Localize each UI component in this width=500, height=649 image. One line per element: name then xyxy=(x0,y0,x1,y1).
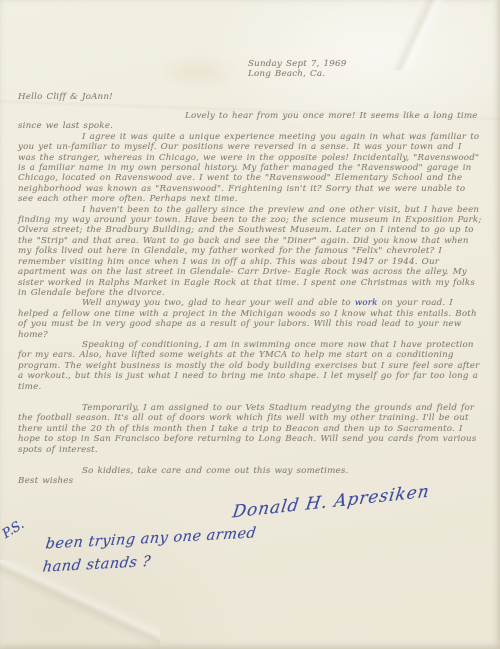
greeting: Hello Cliff & JoAnn! xyxy=(18,92,113,102)
letter-paragraph: Well anyway you two, glad to hear your w… xyxy=(18,298,482,340)
place-line: Long Beach, Ca. xyxy=(248,69,346,79)
letter-paragraph: Lovely to hear from you once more! It se… xyxy=(18,111,482,132)
pen-corrected-word: work xyxy=(355,298,378,308)
letter-paragraph: I agree it was quite a unique experience… xyxy=(18,132,482,205)
letter-paragraph: I haven't been to the gallery since the … xyxy=(18,205,482,299)
letter-body: Lovely to hear from you once more! It se… xyxy=(18,111,482,487)
letter-paragraph: So kiddies, take care and come out this … xyxy=(18,466,482,476)
letter-paragraph: Speaking of conditioning, I am in swimmi… xyxy=(18,340,482,392)
paper-crease xyxy=(330,0,500,70)
letter-page: Sunday Sept 7, 1969 Long Beach, Ca. Hell… xyxy=(0,0,500,649)
date-line: Sunday Sept 7, 1969 xyxy=(248,59,346,69)
handwritten-signature: Donald H. Apresiken xyxy=(231,481,431,522)
postscript-label: P.S. xyxy=(0,517,27,542)
letter-paragraph: Temporarily, I am assigned to our Vets S… xyxy=(18,403,482,455)
paragraph-text: Well anyway you two, glad to hear your w… xyxy=(82,298,355,308)
date-block: Sunday Sept 7, 1969 Long Beach, Ca. xyxy=(248,59,346,80)
postscript-note: been trying any one armed hand stands ? xyxy=(41,522,257,579)
